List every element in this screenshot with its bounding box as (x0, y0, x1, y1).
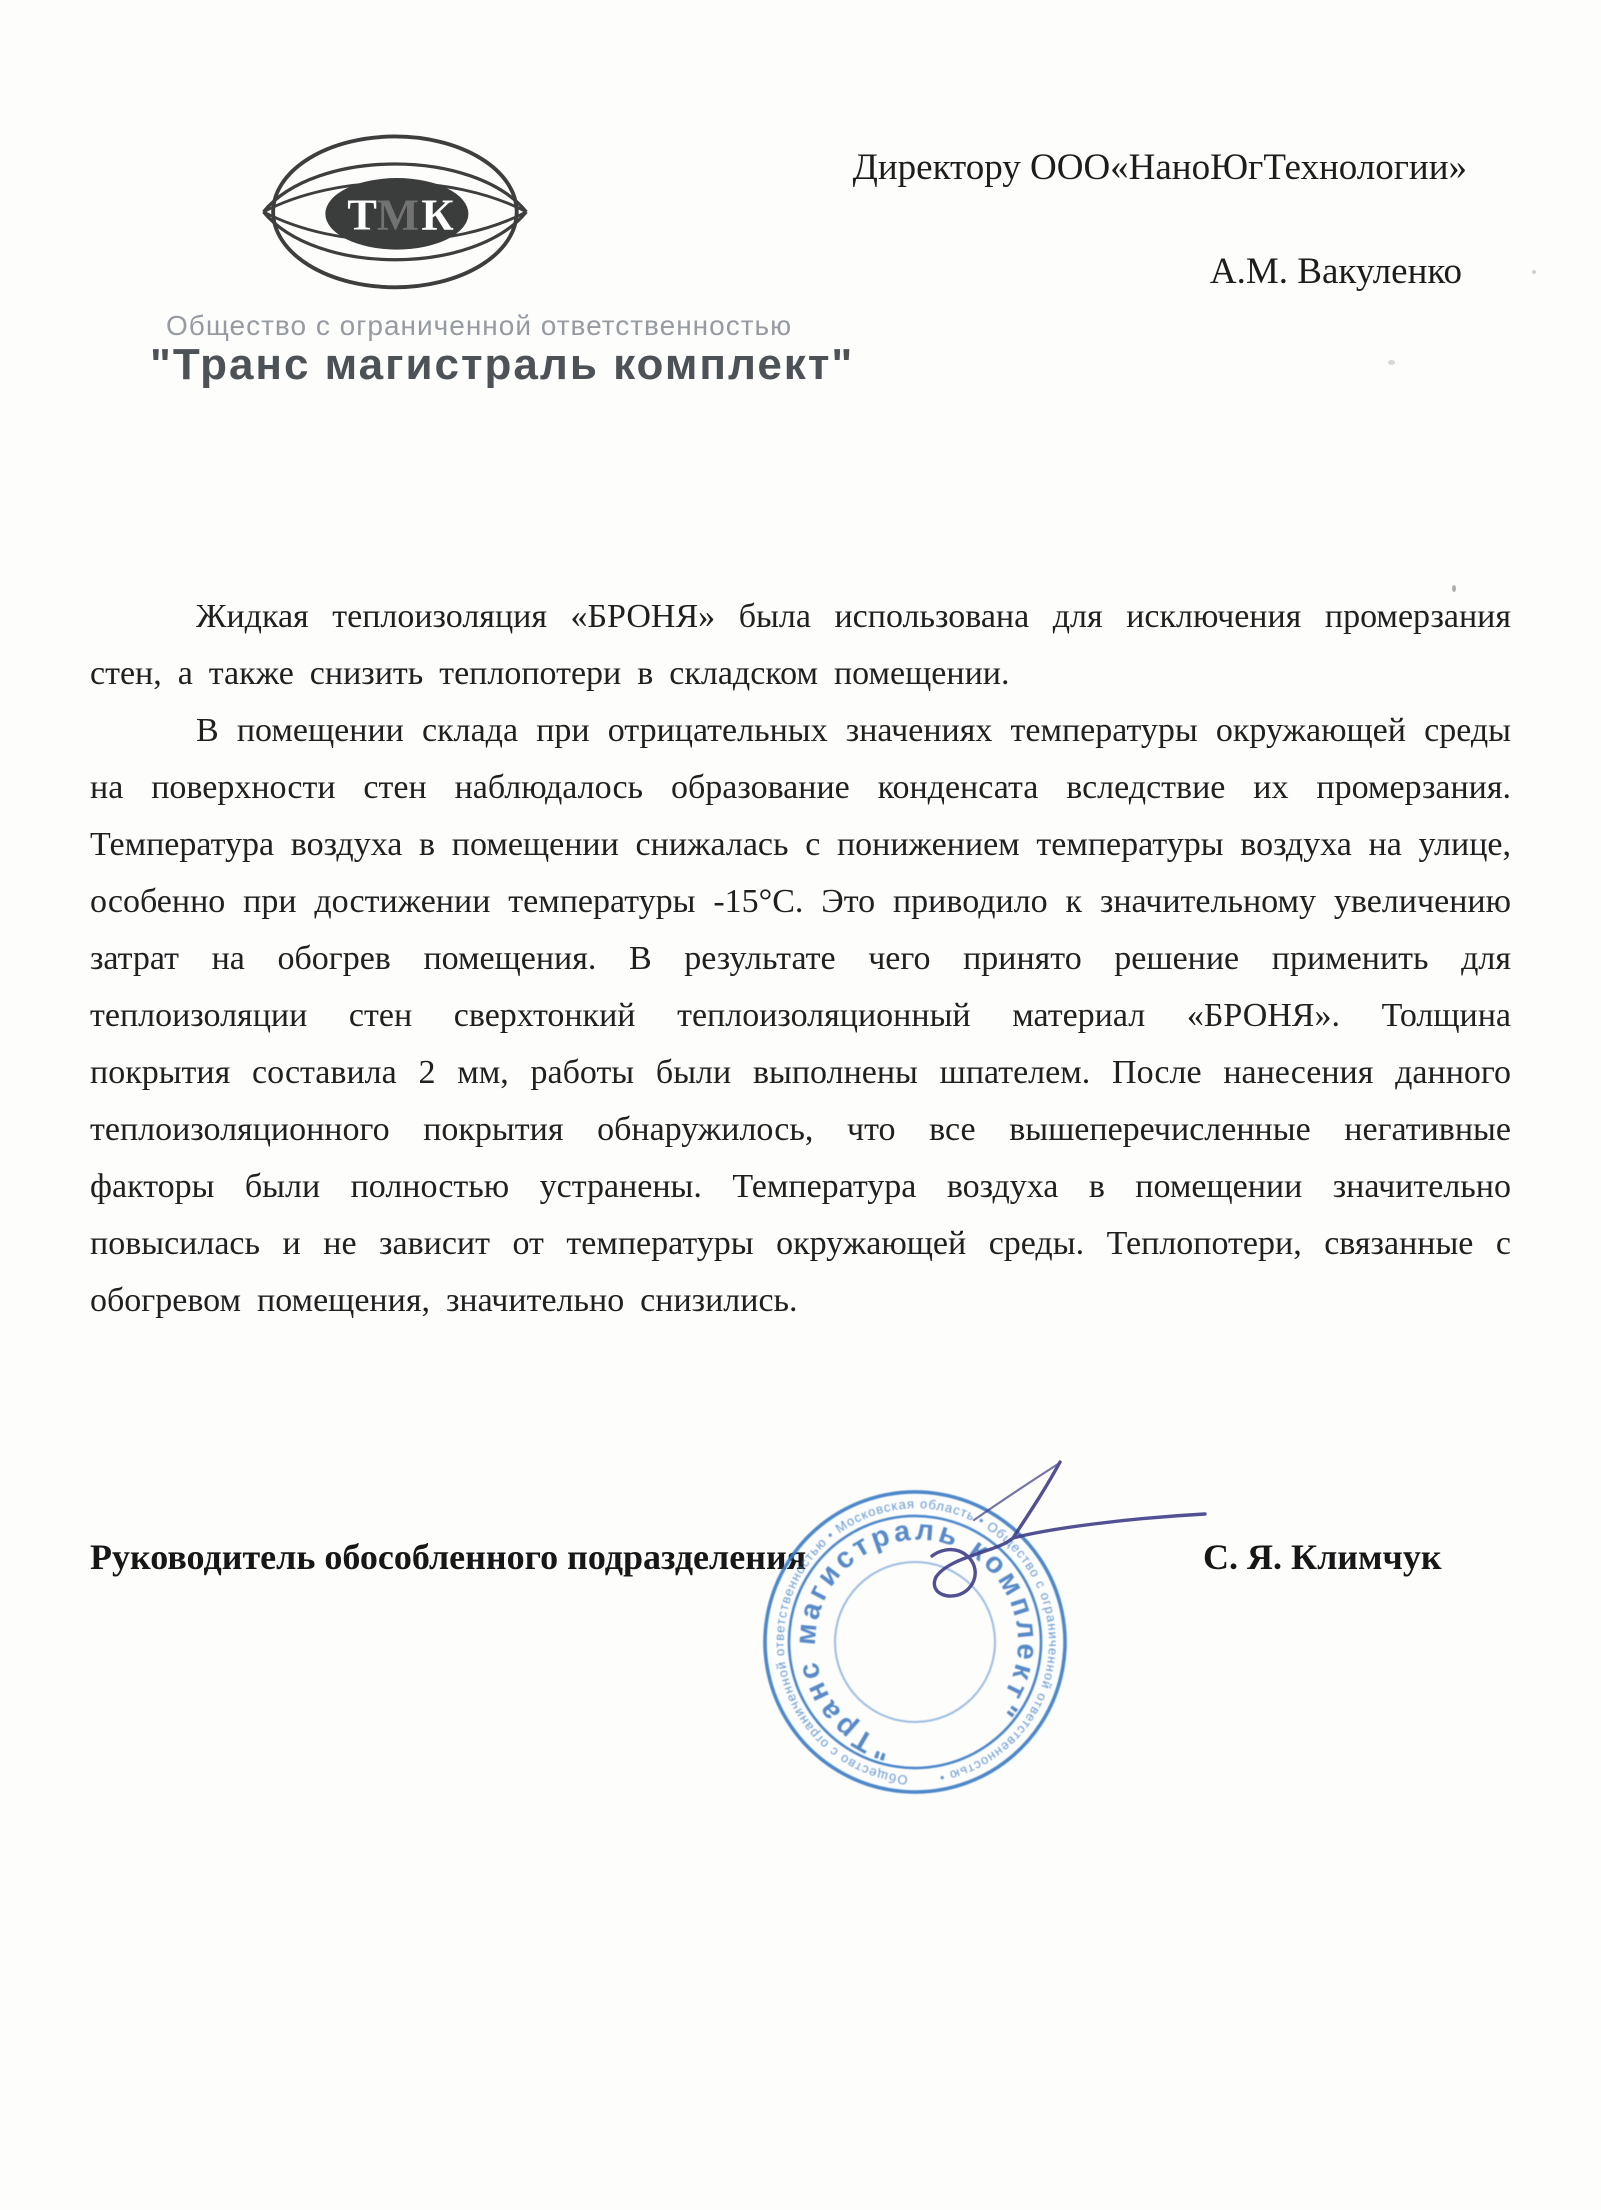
signature-stroke-upper (974, 1464, 1058, 1520)
letter-body: Жидкая теплоизоляция «БРОНЯ» была исполь… (90, 588, 1511, 1329)
scan-speck (1532, 270, 1536, 274)
body-paragraph-1: Жидкая теплоизоляция «БРОНЯ» была исполь… (90, 588, 1511, 702)
company-name-label: "Транс магистраль комплект" (150, 340, 950, 390)
signatory-position: Руководитель обособленного подразделения (90, 1536, 806, 1578)
tmk-logo: Т М К (248, 108, 538, 308)
signature-stroke-main (932, 1462, 1060, 1596)
scan-speck (1452, 585, 1456, 592)
recipient-name: А.М. Вакуленко (1210, 250, 1462, 293)
logo-letter-m: М (377, 189, 419, 239)
body-paragraph-2: В помещении склада при отрицательных зна… (90, 702, 1511, 1329)
scanned-letter-page: Т М К Общество с ограниченной ответствен… (0, 0, 1601, 2210)
logo-letter-k: К (421, 189, 453, 239)
handwritten-signature (700, 1400, 1260, 1680)
scan-speck (1498, 905, 1501, 911)
recipient-title: Директору ООО«НаноЮгТехнологии» (853, 146, 1467, 189)
logo-letter-t: Т (347, 189, 377, 239)
company-type-label: Общество с ограниченной ответственностью (166, 310, 926, 342)
signature-stroke-tail (1013, 1514, 1205, 1538)
scan-speck (1388, 360, 1395, 365)
